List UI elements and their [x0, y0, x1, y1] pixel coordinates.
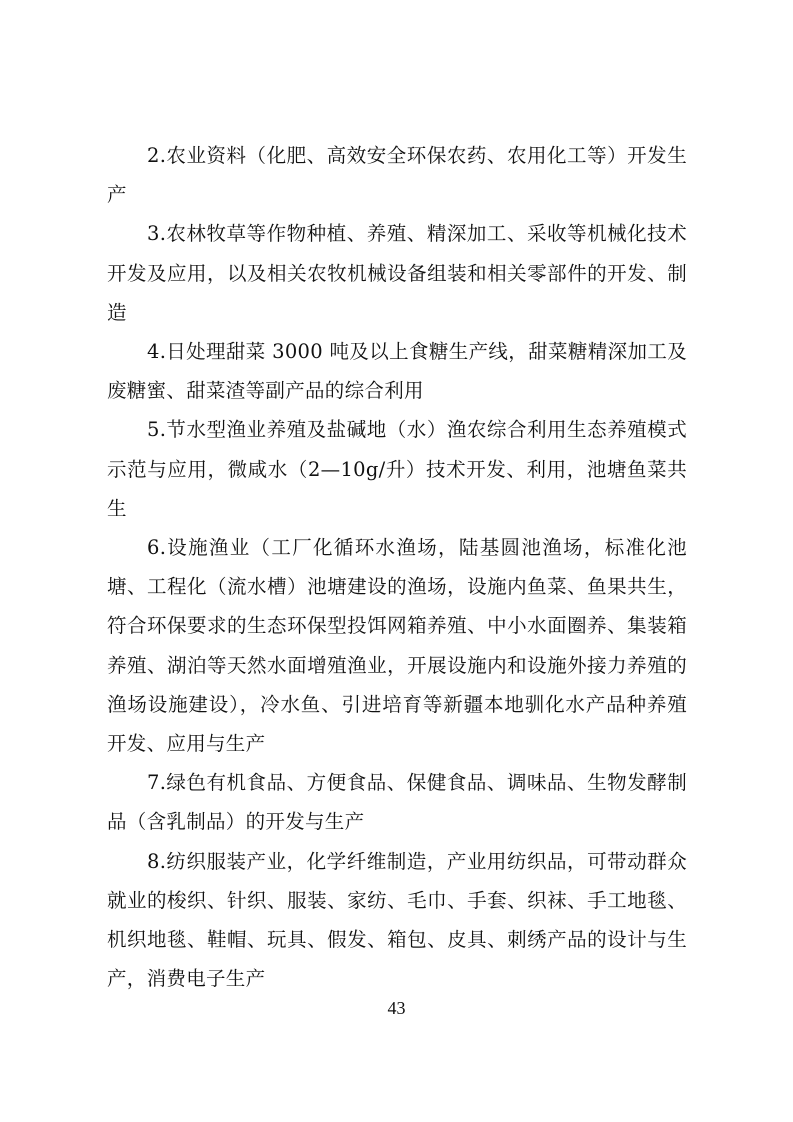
- paragraph-item-5: 5.节水型渔业养殖及盐碱地（水）渔农综合利用生态养殖模式示范与应用，微咸水（2—…: [107, 410, 687, 528]
- paragraph-item-7: 7.绿色有机食品、方便食品、保健食品、调味品、生物发酵制品（含乳制品）的开发与生…: [107, 763, 687, 841]
- paragraph-item-2: 2.农业资料（化肥、高效安全环保农药、农用化工等）开发生产: [107, 136, 687, 214]
- paragraph-item-6: 6.设施渔业（工厂化循环水渔场，陆基圆池渔场，标准化池塘、工程化（流水槽）池塘建…: [107, 528, 687, 763]
- paragraph-item-4: 4.日处理甜菜 3000 吨及以上食糖生产线，甜菜糖精深加工及废糖蜜、甜菜渣等副…: [107, 332, 687, 410]
- paragraph-item-3: 3.农林牧草等作物种植、养殖、精深加工、采收等机械化技术开发及应用，以及相关农牧…: [107, 214, 687, 332]
- document-body: 2.农业资料（化肥、高效安全环保农药、农用化工等）开发生产 3.农林牧草等作物种…: [107, 136, 687, 998]
- paragraph-item-8: 8.纺织服装产业，化学纤维制造，产业用纺织品，可带动群众就业的梭织、针织、服装、…: [107, 842, 687, 999]
- page-number: 43: [0, 998, 793, 1019]
